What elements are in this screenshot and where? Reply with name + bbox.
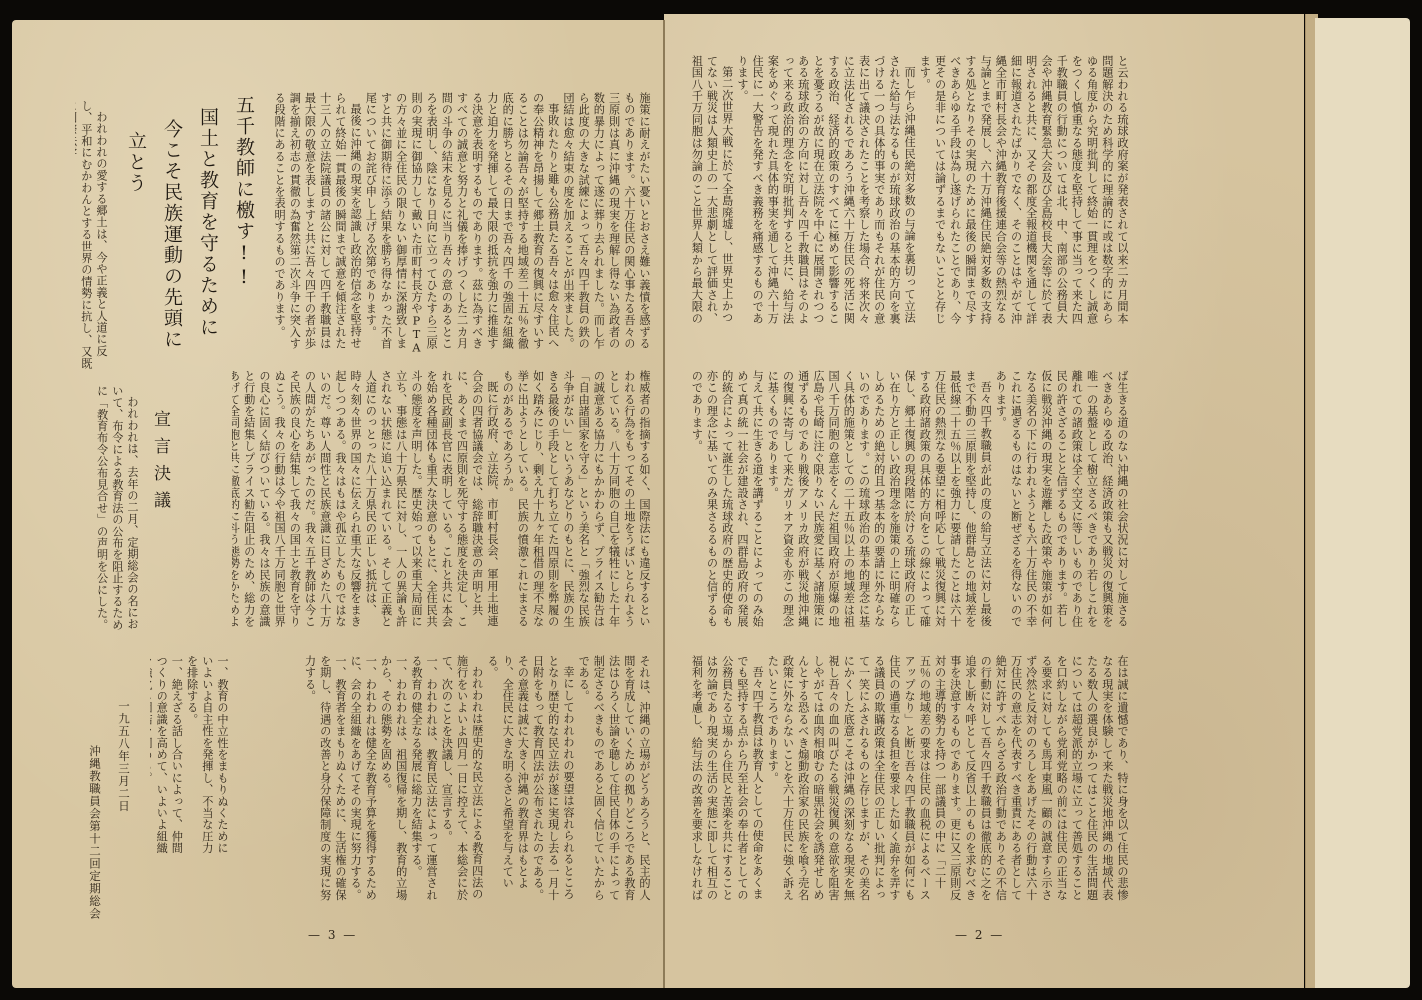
paragraph: われわれは、去年の二月、定期総会の名において、布令による教育法の公布を阻止するた… [94,385,140,635]
blank-back-leaf [1315,18,1410,988]
book-spine-gutter [663,20,665,988]
paragraph: われわれの愛する郷土は、今や正義と人道に反し、平和にむかわんとする世界の情勢に抗… [75,100,109,370]
page3-declaration-intro: われわれは、去年の二月、定期総会の名において、布令による教育法の公布を阻止するた… [80,385,140,635]
headline-line: 立とう [118,95,154,315]
resolution-item: 一、われわれは健全な教育予算を獲得するために、会の全組織をあげてその実現に努力す… [348,655,378,905]
headline-line: 五千教師に檄す!! [226,95,262,315]
paragraph: 吾々四千教員は教育人としての使命をあくまでも堅持する点から乃至社会の奉仕者として… [690,655,765,905]
page3-top-band: 施策に耐えがたい憂いとおさえ難い義憤を感ずるものであります。六十万住民の関心事た… [232,92,652,357]
page2-middle-band: ば生きる道のない沖縄の社会状況に対して施さるべきあらゆる政治、経済政策も又戦災の… [690,370,1130,630]
page3-appeal-lead: われわれの愛する郷土は、今や正義と人道に反し、平和にむかわんとする世界の情勢に抗… [75,100,109,370]
resolution-item: 一、教育者をまもりぬくために、生活権の確保を期し、待遇の改善と身分保障制度の実現… [302,655,348,905]
page-number-3: — 3 — [308,928,357,942]
paragraph: 而し乍ら沖縄住民絶対多数の与論を裏切って立法された給与法なるものが琉球政治の基本… [735,55,917,335]
paragraph: 権威者の指摘する如く、国際法にも違反するといわれる行為をもってその土地をうばいと… [500,370,652,630]
resolution-item: 一、われわれは、祖国復帰を期し、教育的立場から、その態勢を固める。 [378,655,408,905]
page2-bottom-band: 在は誠に遺憾であり、特に身を以て住民の悲惨なる現実を体験して来た戦災地沖縄の地域… [690,655,1130,905]
paragraph: と云われる琉球政府案が発表されて以来二カ月間本問題解決のため科学的に理論的に或は… [917,55,1130,335]
resolution-item: 一、われわれは、教育民立法によって運営される教育の健全なる発展に総力を結集する。 [409,655,439,905]
resolution-item: 一、教育の中立性をまもりぬくためにいよいよ自主性を発揮し、不当な圧力を排除する。 [184,655,230,855]
page-number-2: — 2 — [955,928,1004,942]
page2-top-band: と云われる琉球政府案が発表されて以来二カ月間本問題解決のため科学的に理論的に或は… [690,55,1130,335]
page3-bottom-band: それは、沖縄の立場がどうあろうと、民主的人間を育成していくための拠りどころである… [232,655,652,905]
headline-line: 国土と教育を守るために [190,95,226,315]
paragraph: ば生きる道のない沖縄の社会状況に対して施さるべきあらゆる政治、経済政策も又戦災の… [993,370,1130,630]
paragraph: それは、沖縄の立場がどうあろうと、民主的人間を育成していくための拠りどころである… [576,655,652,905]
declaration-title: 宣言決議 [148,410,173,518]
resolution-date: 一九五八年三月二日 [116,700,132,813]
headline-line: 今こそ民族運動の先頭に [154,95,190,315]
paragraph: 幸にしてわれわれの要望は容れられるところとなり歴史的な民立法が遂に実現し去る一月… [485,655,576,905]
paragraph: 既に行政府、立法院、市町村長会、軍用土地連合会の四者協議会では、総辞職決意の声明… [232,370,500,630]
headline-appeal: 五千教師に檄す!! 国土と教育を守るために 今こそ民族運動の先頭に 立とう [118,95,262,315]
paragraph: 与えて共に生きる道を講ずることによってのみ始めて真の統一社会が建設され、四群島政… [690,370,765,630]
page3-resolutions-cont: 一、教育の中立性をまもりぬくためにいよいよ自主性を発揮し、不当な圧力を排除する。… [150,655,230,855]
paragraph: 施策に耐えがたい憂いとおさえ難い義憤を感ずるものであります。六十万住民の関心事た… [561,92,652,357]
resolution-item: 一、絶えざる話し合いによって、仲間つくりの意識を高めて、いよいよ組織を強化し団結… [150,655,184,855]
paragraph: 第二次世界大戦に於て全島廃墟し、世界史上かつてない戦災は人類史上の一大悲劇として… [690,55,735,335]
resolution-signature: 沖縄教職員会第十二回定期総会 [87,745,103,920]
paragraph: われわれは歴史的な民立法による教育四法の施行をいよいよ四月一日に控えて、本総会に… [439,655,485,905]
page3-middle-band: 権威者の指摘する如く、国際法にも違反するといわれる行為をもってその土地をうばいと… [232,370,652,630]
paragraph: 最後に沖縄の現実を認識し政治的信念を堅持せられて終始一貫最後の瞬間まで誠意を傾注… [272,92,363,357]
paragraph: 在は誠に遺憾であり、特に身を以て住民の悲惨なる現実を体験して来た戦災地沖縄の地域… [765,655,1130,905]
paragraph: 事敗れたりと雖も公務員たる吾々は愈々住民への奉公精神を昂揚して郷土教育の復興に尽… [363,92,561,357]
paragraph: 吾々四千教職員が此の度の給与立法に対し最後まで不動の三原則を堅持し、他群島との地… [765,370,993,630]
